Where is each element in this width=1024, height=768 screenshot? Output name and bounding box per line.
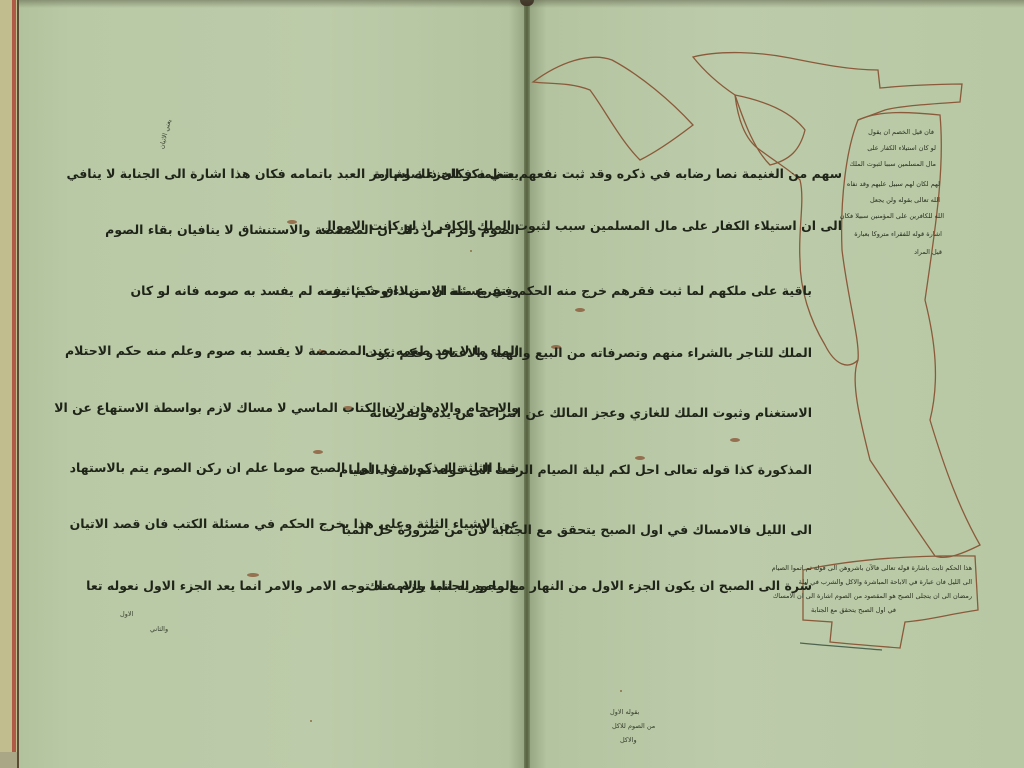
left-page <box>17 0 529 768</box>
box-note-column-line-3: مال المسلمين سببا لثبوت الملك <box>849 160 936 168</box>
right-main-line-3: باقية على ملكهم لما ثبت فقرهم خرج منه ال… <box>320 283 812 298</box>
paper-speck <box>310 720 312 722</box>
box-note-bottom-line-3: رمضان الى ان يتجلى الصبح هو المقصود من ا… <box>773 592 972 600</box>
right-main-line-2: الى ان استيلاء الكفار على مال المسلمين س… <box>321 218 842 233</box>
box-note-bottom-line-2: الى الليل فان عبارة في الاباحة المباشرة … <box>799 578 972 586</box>
red-binding-edge <box>12 0 16 768</box>
right-bottom-gloss-2: من الصوم للاكل <box>612 722 655 730</box>
right-main-line-6: المذكورة كذا قوله تعالى احل لكم ليلة الص… <box>339 462 812 477</box>
box-note-bottom-line-1: هذا الحكم ثابت باشارة قوله تعالى فالآن ب… <box>772 564 972 572</box>
right-main-line-7: الى الليل فالامساك في اول الصبح يتحقق مع… <box>342 522 812 537</box>
box-note-column-line-8: قيل المراد <box>914 248 942 256</box>
paper-speck <box>620 690 622 692</box>
paper-speck <box>470 250 472 252</box>
right-page <box>527 0 1024 768</box>
box-note-column-line-6: الله للكافرين على المؤمنين سبيلا فكان <box>840 212 944 220</box>
right-bottom-gloss-1: بقوله الاول <box>610 708 639 716</box>
right-bottom-gloss-3: والاكل <box>620 736 637 744</box>
box-note-column-line-1: فان قيل الخصم ان يقول <box>868 128 934 136</box>
right-main-line-5: الاستغنام وثبوت الملك للغازي وعجز المالك… <box>369 405 812 420</box>
box-note-column-line-2: لو كان استيلاء الكفار على <box>867 144 936 152</box>
left-gloss-3: والثاني <box>150 625 168 633</box>
box-note-column-line-4: لهم لكان لهم سبيل عليهم وقد نفاه <box>847 180 940 188</box>
right-main-line-1: سهم من الغنيمة نصا رضابه في ذكره وقد ثبت… <box>374 166 842 181</box>
page-top-shadow <box>17 0 1024 8</box>
box-note-column-line-5: الله تعالى بقوله ولن يجعل <box>870 196 940 204</box>
book-gutter <box>524 0 530 768</box>
right-main-line-8: شرة الى الصبح ان يكون الجزء الاول من الن… <box>367 578 812 593</box>
right-main-line-4: الملك للتاجر بالشراء منهم وتصرفاته من ال… <box>365 345 812 360</box>
left-gloss-2: الاول <box>120 610 133 618</box>
box-note-bottom-line-4: في اول الصبح يتحقق مع الجنابة <box>811 606 896 614</box>
box-note-column-line-7: اشارة قوله للفقراء متروكا بعبارة <box>854 230 942 238</box>
